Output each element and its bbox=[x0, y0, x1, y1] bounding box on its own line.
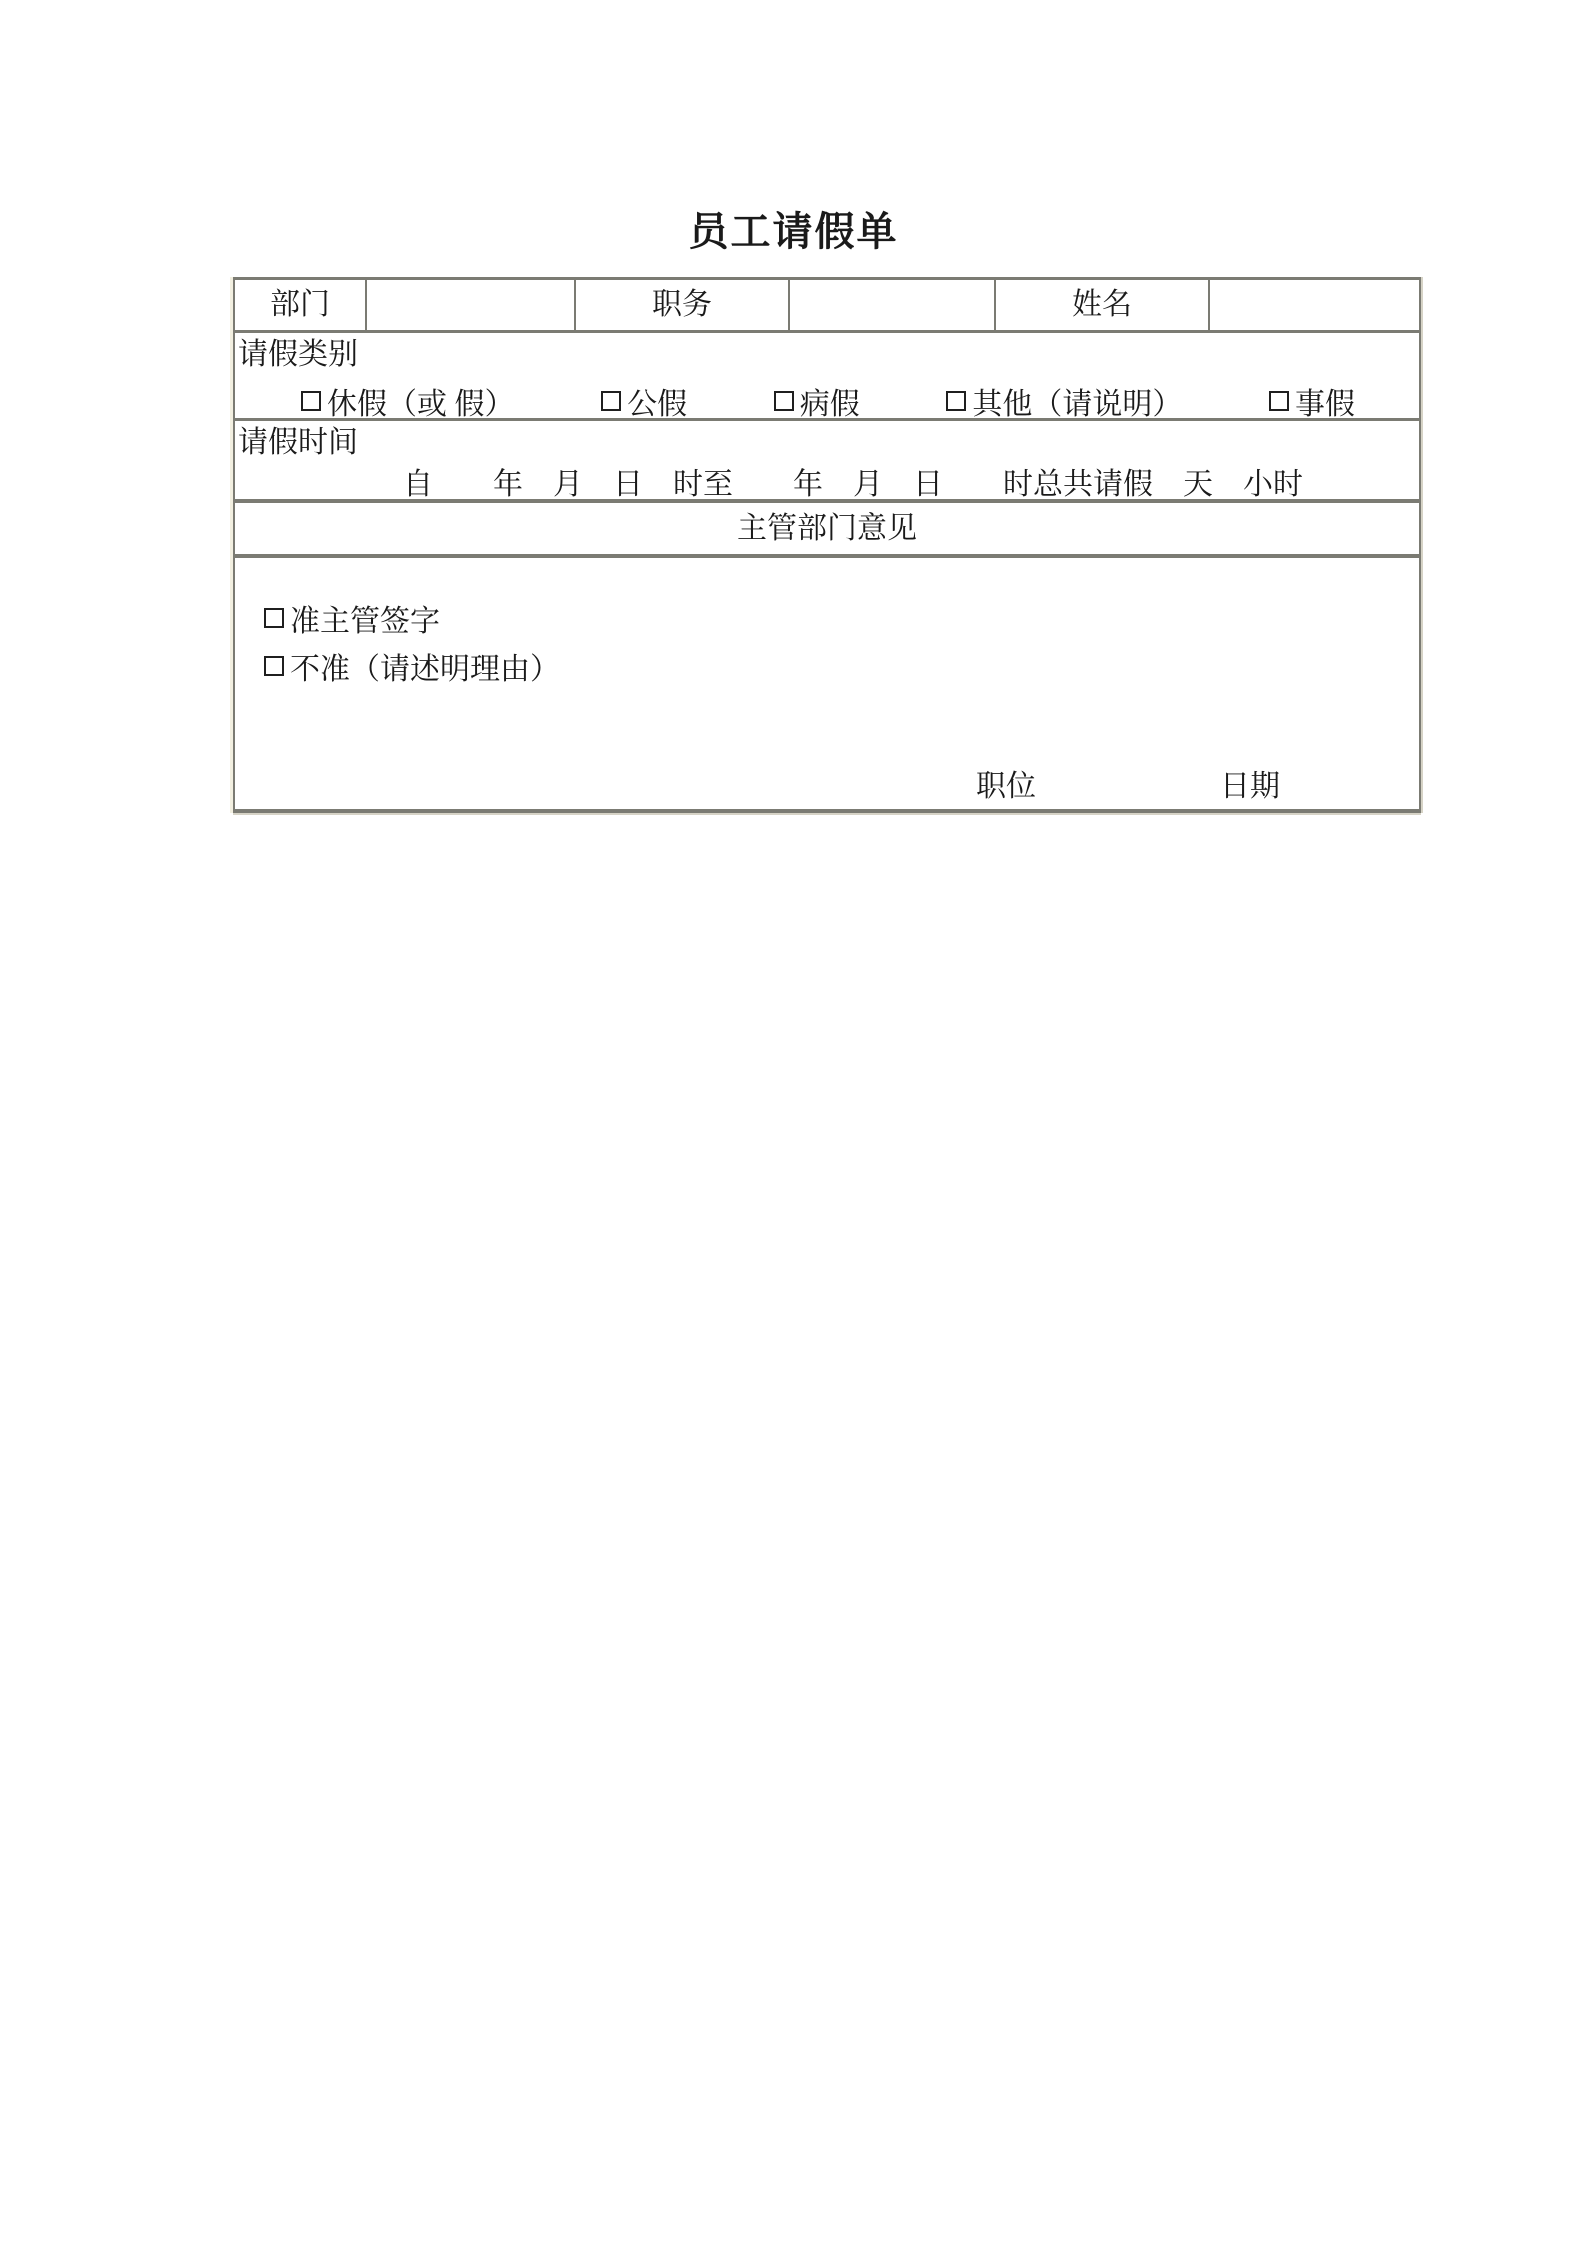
sick-leave-label: 病假 bbox=[800, 379, 860, 423]
rest-leave-checkbox[interactable] bbox=[301, 391, 321, 411]
approve-checkbox[interactable] bbox=[264, 608, 284, 628]
option-other-leave: 其他（请说明） bbox=[946, 379, 1182, 423]
rest-leave-label: 休假（或 假） bbox=[327, 379, 515, 423]
leave-request-form-table: 部门 职务 姓名 请假类别 休假（或 假） 公假 病假 bbox=[233, 277, 1421, 813]
duty-value-field[interactable] bbox=[790, 280, 996, 330]
name-value-field[interactable] bbox=[1210, 280, 1419, 330]
supervisor-opinion-row: 主管部门意见 bbox=[235, 503, 1419, 558]
leave-type-label: 请假类别 bbox=[235, 337, 1419, 373]
option-sick-leave: 病假 bbox=[774, 379, 860, 423]
option-public-leave: 公假 bbox=[601, 379, 687, 423]
date-label: 日期 bbox=[1220, 761, 1280, 805]
supervisor-opinion-label: 主管部门意见 bbox=[737, 512, 917, 545]
personal-leave-checkbox[interactable] bbox=[1269, 391, 1289, 411]
leave-type-row: 请假类别 休假（或 假） 公假 病假 其他（请说明） bbox=[235, 333, 1419, 421]
signature-footer: 职位 日期 bbox=[235, 765, 1419, 805]
public-leave-label: 公假 bbox=[627, 379, 687, 423]
approval-row: 准主管签字 不准（请述明理由） 职位 日期 bbox=[235, 558, 1419, 809]
duty-label: 职务 bbox=[576, 280, 790, 330]
other-leave-label: 其他（请说明） bbox=[972, 379, 1182, 423]
option-personal-leave: 事假 bbox=[1269, 379, 1355, 423]
header-row: 部门 职务 姓名 bbox=[235, 280, 1419, 333]
position-label: 职位 bbox=[976, 761, 1036, 805]
department-label: 部门 bbox=[235, 280, 367, 330]
reject-option: 不准（请述明理由） bbox=[235, 642, 1419, 690]
document-page: 员工请假单 部门 职务 姓名 请假类别 休假（或 假） 公假 bbox=[0, 0, 1587, 2245]
leave-time-row: 请假时间 自 年 月 日 时至 年 月 日 时总共请假 天 小时 bbox=[235, 421, 1419, 503]
department-value-field[interactable] bbox=[367, 280, 576, 330]
approve-option: 准主管签字 bbox=[235, 594, 1419, 642]
leave-time-blanks-line[interactable]: 自 年 月 日 时至 年 月 日 时总共请假 天 小时 bbox=[235, 467, 1419, 503]
option-rest-leave: 休假（或 假） bbox=[301, 379, 515, 423]
reject-checkbox[interactable] bbox=[264, 656, 284, 676]
leave-time-label: 请假时间 bbox=[235, 425, 1419, 461]
reject-label: 不准（请述明理由） bbox=[290, 644, 560, 688]
public-leave-checkbox[interactable] bbox=[601, 391, 621, 411]
other-leave-checkbox[interactable] bbox=[946, 391, 966, 411]
sick-leave-checkbox[interactable] bbox=[774, 391, 794, 411]
name-label: 姓名 bbox=[996, 280, 1210, 330]
approve-label: 准主管签字 bbox=[290, 596, 440, 640]
personal-leave-label: 事假 bbox=[1295, 379, 1355, 423]
leave-type-options: 休假（或 假） 公假 病假 其他（请说明） 事假 bbox=[235, 379, 1419, 423]
page-title: 员工请假单 bbox=[0, 200, 1587, 257]
